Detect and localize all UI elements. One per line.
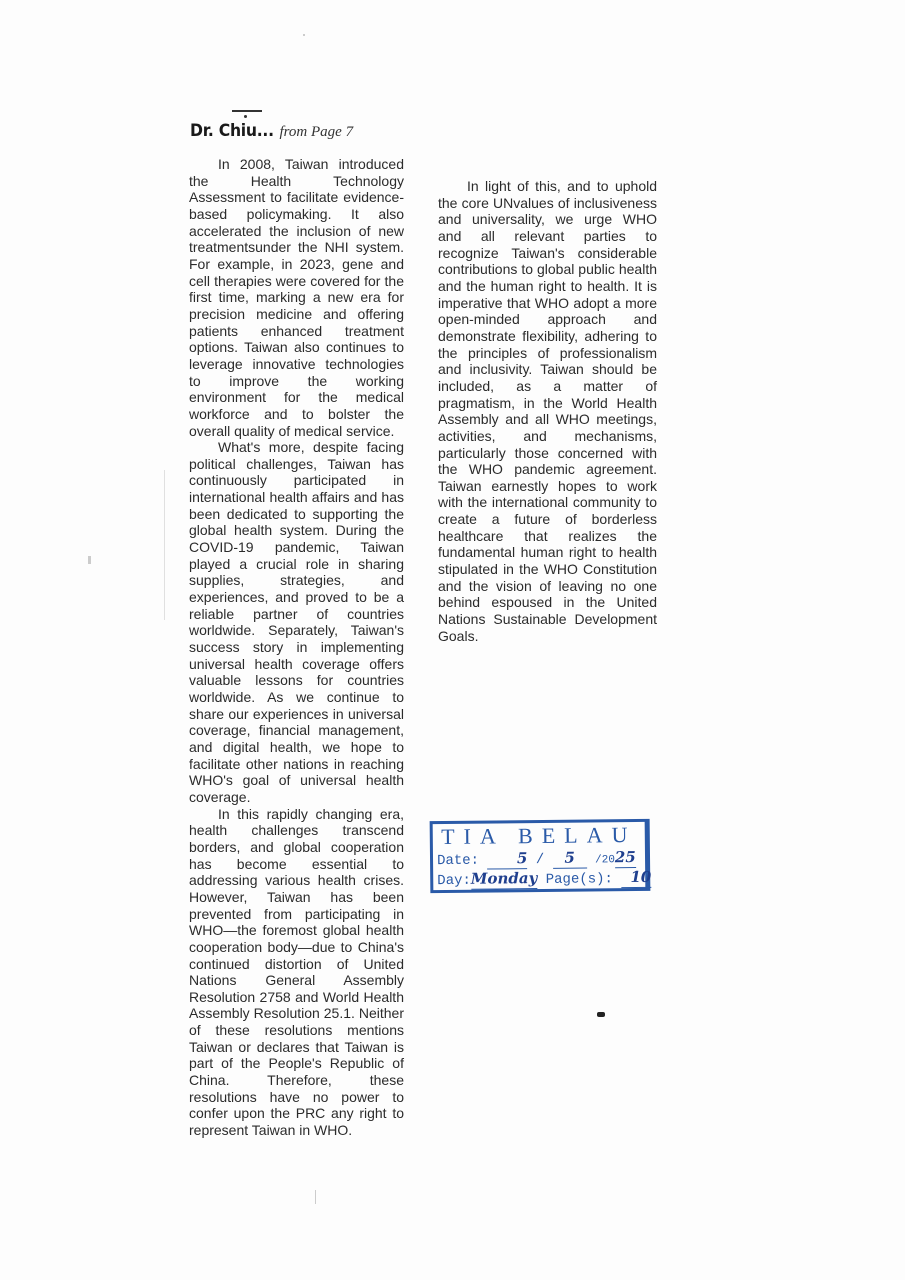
scan-mark: [315, 1190, 316, 1204]
scanned-newspaper-page: Dr. Chiu... from Page 7 In 2008, Taiwan …: [0, 0, 905, 1280]
stamp-day-value: Monday: [471, 869, 538, 888]
stamp-date-month: 5: [517, 849, 528, 867]
scan-mark: [303, 34, 305, 36]
stamp-pages-value: 10: [630, 868, 651, 886]
stamp-pages-label: Page(s):: [546, 871, 613, 888]
scan-speck: [597, 1012, 605, 1017]
paragraph: In light of this, and to uphold the core…: [438, 178, 657, 644]
right-column: In light of this, and to uphold the core…: [438, 178, 657, 644]
stamp-year-prefix: /20: [595, 854, 615, 866]
paragraph: In this rapidly changing era, health cha…: [189, 806, 404, 1139]
stamp-day-label: Day:: [437, 873, 471, 889]
stamp-date-year: 25: [615, 848, 636, 866]
headline-author: Dr. Chiu...: [190, 121, 274, 141]
stamp-date-row: Date: 5 / 5 /2025: [437, 849, 636, 870]
header-dot: [244, 115, 247, 118]
paragraph: In 2008, Taiwan introduced the Health Te…: [189, 156, 404, 439]
paragraph: What's more, despite facing political ch…: [189, 439, 404, 805]
header-rule: [232, 110, 262, 112]
headline-continuation: from Page 7: [279, 124, 353, 140]
left-column: In 2008, Taiwan introduced the Health Te…: [189, 156, 404, 1139]
date-stamp: TIA BELAU Date: 5 / 5 /2025 Day:Monday P…: [430, 819, 651, 893]
stamp-title: TIA BELAU: [433, 824, 645, 848]
article-headline: Dr. Chiu... from Page 7: [190, 121, 353, 141]
column-rule: [164, 470, 165, 620]
stamp-date-label: Date:: [437, 853, 479, 869]
stamp-date-day: 5: [564, 849, 575, 867]
scan-mark: [88, 556, 91, 564]
stamp-day-row: Day:Monday Page(s): 10: [437, 869, 651, 890]
